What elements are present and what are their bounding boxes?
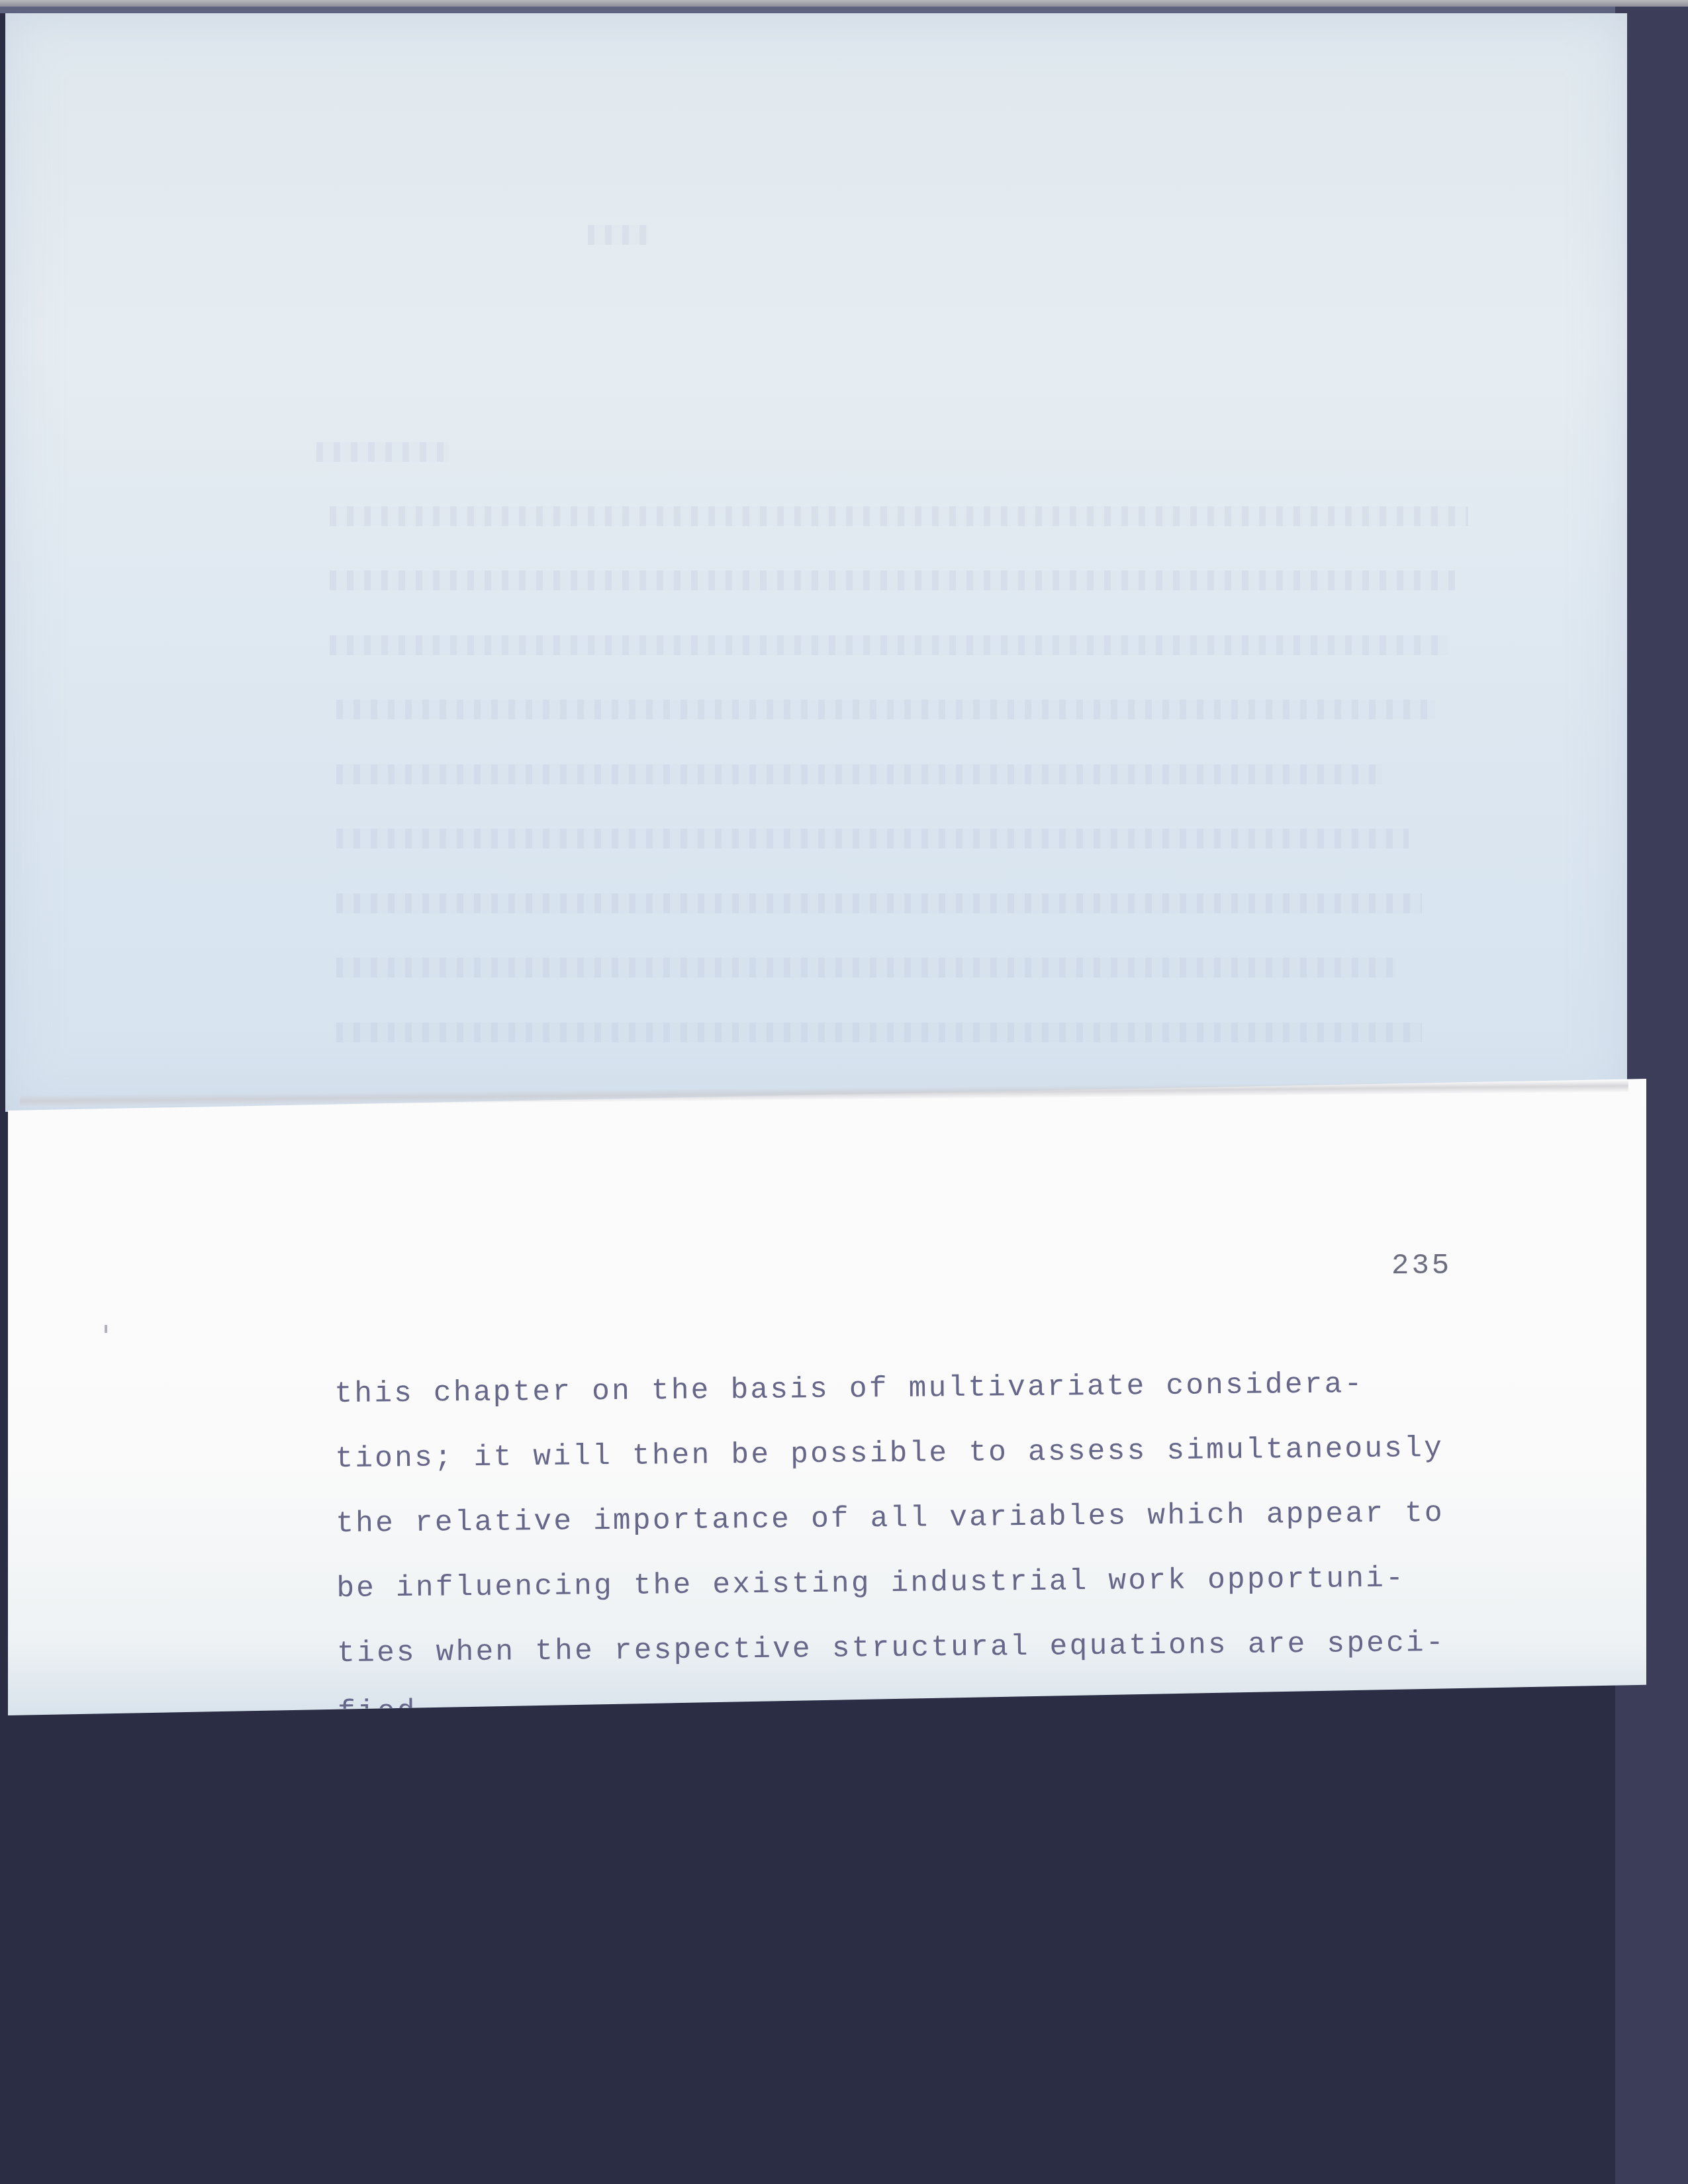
scanner-edge — [0, 0, 1688, 7]
show-through-text — [336, 958, 1395, 978]
text-line: this chapter on the basis of multivariat… — [334, 1351, 1500, 1427]
scan-speck — [105, 1325, 107, 1333]
show-through-page-number — [588, 225, 647, 245]
show-through-text — [330, 635, 1448, 655]
show-through-text — [336, 893, 1422, 913]
show-through-text — [336, 700, 1435, 719]
show-through-text — [330, 506, 1468, 526]
scanner-edge-shadow — [0, 7, 1688, 13]
text-line: tions; it will then be possible to asses… — [335, 1416, 1501, 1492]
show-through-text — [336, 1023, 1422, 1042]
show-through-text — [316, 442, 449, 462]
text-line: ties when the respective structural equa… — [337, 1610, 1503, 1686]
text-line: be influencing the existing industrial w… — [336, 1545, 1502, 1621]
show-through-text — [336, 829, 1409, 848]
body-text: this chapter on the basis of multivariat… — [334, 1351, 1503, 1709]
text-line: the relative importance of all variables… — [336, 1480, 1501, 1557]
show-through-text — [330, 570, 1455, 590]
folded-page-reverse-side — [5, 13, 1627, 1112]
show-through-text — [336, 764, 1382, 784]
page-number: 235 — [1391, 1250, 1452, 1283]
